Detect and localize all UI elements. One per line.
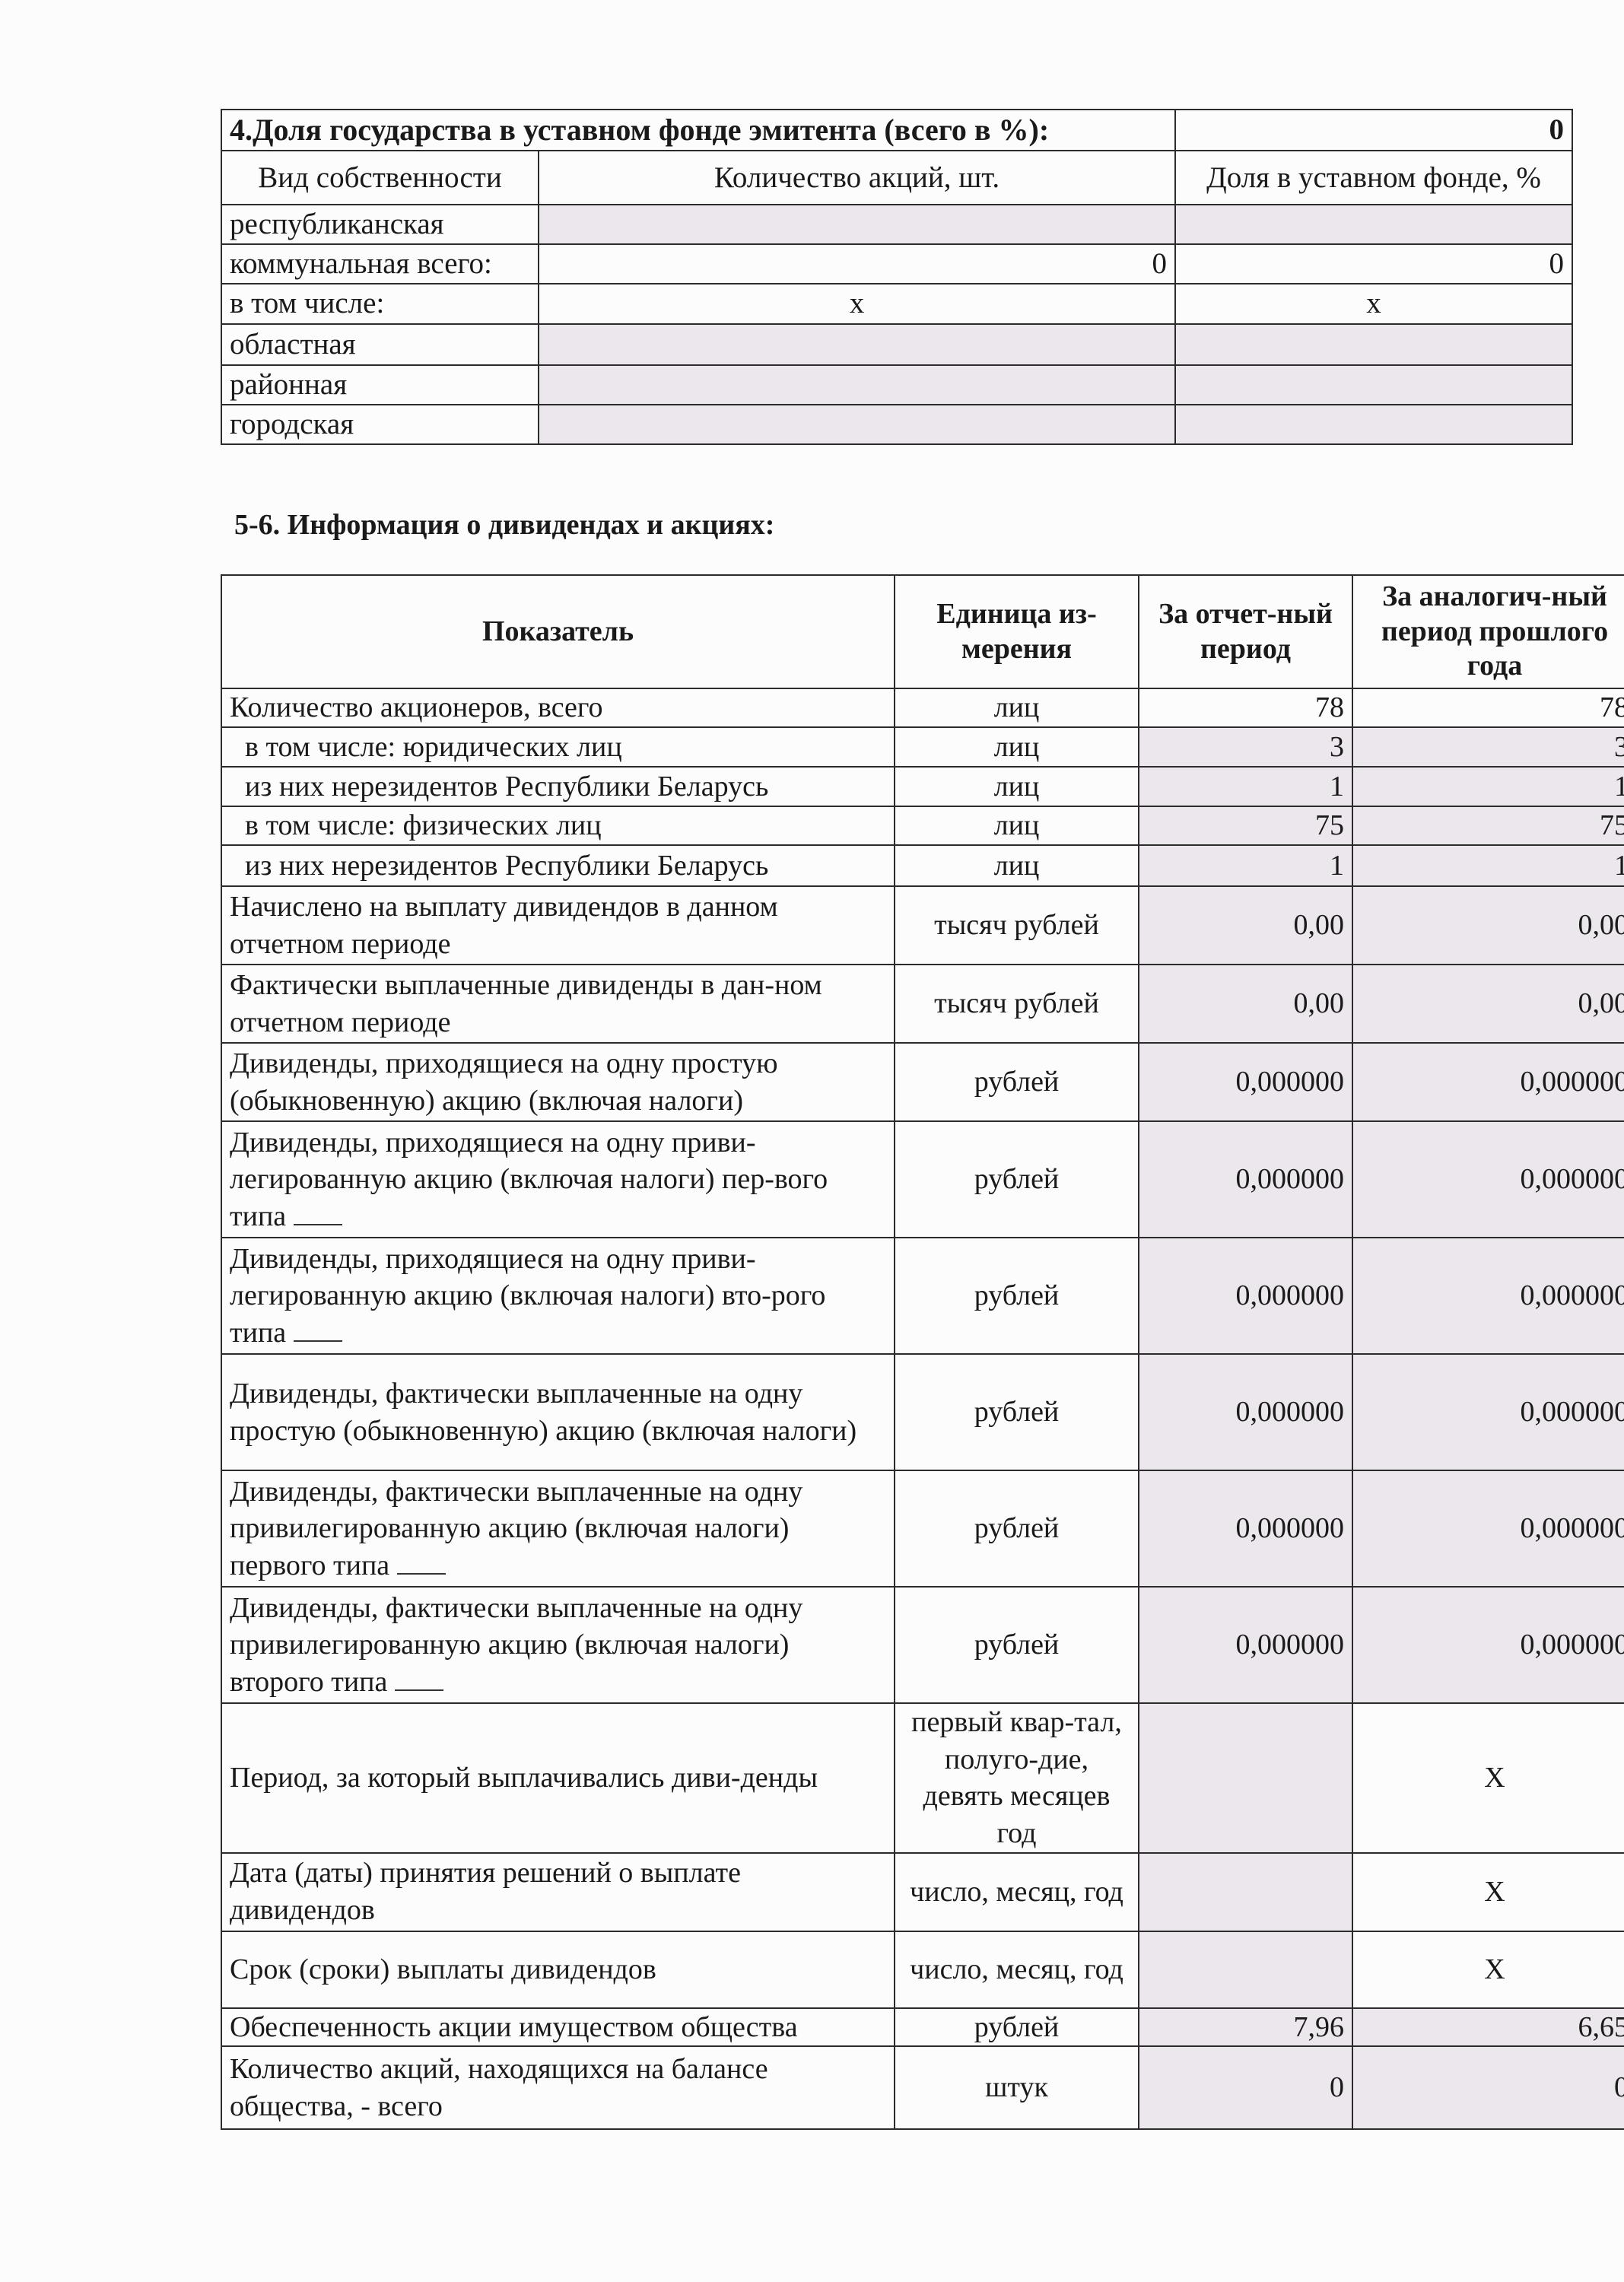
header-indicator: Показатель	[221, 575, 895, 688]
previous-period-value: 0	[1352, 2046, 1624, 2129]
indicator-cell: Срок (сроки) выплаты дивидендов	[221, 1931, 895, 2008]
table-row: Дата (даты) принятия решений о выплате д…	[221, 1853, 1624, 1931]
current-period-value: 0	[1139, 2046, 1352, 2129]
indicator-cell: Дивиденды, приходящиеся на одну простую …	[221, 1043, 895, 1121]
indicator-cell: в том числе: физических лиц	[221, 806, 895, 845]
indicator-label: Количество акционеров, всего	[230, 691, 603, 723]
shares-count: х	[539, 284, 1175, 324]
state-share-title-row: 4.Доля государства в уставном фонде эмит…	[221, 110, 1572, 151]
indicator-label: из них нерезидентов Республики Беларусь	[245, 850, 768, 882]
previous-period-value: 78	[1352, 688, 1624, 727]
state-share-title: 4.Доля государства в уставном фонде эмит…	[221, 110, 1175, 151]
header-share-percent: Доля в уставном фонде, %	[1175, 151, 1572, 205]
table-row: Дивиденды, фактически выплаченные на одн…	[221, 1587, 1624, 1703]
table-row: Обеспеченность акции имуществом общества…	[221, 2008, 1624, 2047]
table-row: Количество акций, находящихся на балансе…	[221, 2046, 1624, 2129]
unit-cell: рублей	[895, 1121, 1139, 1238]
previous-period-value: 0,000000	[1352, 1470, 1624, 1587]
previous-period-value: 0,000000	[1352, 1238, 1624, 1354]
state-share-table: 4.Доля государства в уставном фонде эмит…	[221, 109, 1573, 445]
current-period-value: 0,000000	[1139, 1470, 1352, 1587]
indicator-cell: Фактически выплаченные дивиденды в дан-н…	[221, 965, 895, 1043]
unit-cell: первый квар-тал, полуго-дие, девять меся…	[895, 1703, 1139, 1853]
indicator-label: Начислено на выплату дивидендов в данном…	[230, 891, 778, 960]
current-period-value: 3	[1139, 727, 1352, 767]
state-share-header-row: Вид собственности Количество акций, шт. …	[221, 151, 1572, 205]
current-period-value: 0,00	[1139, 965, 1352, 1043]
unit-cell: штук	[895, 2046, 1139, 2129]
header-unit: Единица из-мерения	[895, 575, 1139, 688]
ownership-type: в том числе:	[221, 284, 539, 324]
share-percent	[1175, 324, 1572, 365]
blank-underline	[294, 1340, 342, 1342]
blank-underline	[294, 1224, 342, 1225]
previous-period-value: 6,65	[1352, 2008, 1624, 2047]
header-previous-period: За аналогич-ный период прошлого года	[1352, 575, 1624, 688]
unit-cell: рублей	[895, 2008, 1139, 2047]
unit-cell: тысяч рублей	[895, 886, 1139, 965]
unit-cell: лиц	[895, 688, 1139, 727]
current-period-value: 1	[1139, 845, 1352, 886]
indicator-cell: Дивиденды, фактически выплаченные на одн…	[221, 1470, 895, 1587]
indicator-label: Дивиденды, фактически выплаченные на одн…	[230, 1378, 856, 1447]
ownership-type: областная	[221, 324, 539, 365]
state-share-total-value: 0	[1175, 110, 1572, 151]
previous-period-value: 0,00	[1352, 886, 1624, 965]
table-row: из них нерезидентов Республики Беларусьл…	[221, 767, 1624, 806]
table-row: Период, за который выплачивались диви-де…	[221, 1703, 1624, 1853]
previous-period-value: Х	[1352, 1703, 1624, 1853]
current-period-value: 7,96	[1139, 2008, 1352, 2047]
ownership-row: в том числе:хх	[221, 284, 1572, 324]
indicator-label: Дивиденды, фактически выплаченные на одн…	[230, 1476, 802, 1581]
indicator-label: Фактически выплаченные дивиденды в дан-н…	[230, 969, 822, 1038]
ownership-type: районная	[221, 365, 539, 405]
previous-period-value: 75	[1352, 806, 1624, 845]
indicator-label: в том числе: физических лиц	[245, 809, 602, 841]
indicator-label: Срок (сроки) выплаты дивидендов	[230, 1953, 656, 1985]
share-percent	[1175, 205, 1572, 244]
indicator-cell: в том числе: юридических лиц	[221, 727, 895, 767]
shares-count	[539, 324, 1175, 365]
unit-cell: рублей	[895, 1587, 1139, 1703]
blank-underline	[397, 1573, 446, 1575]
current-period-value: 0,000000	[1139, 1043, 1352, 1121]
ownership-row: республиканская	[221, 205, 1572, 244]
header-shares-count: Количество акций, шт.	[539, 151, 1175, 205]
current-period-value: 0,00	[1139, 886, 1352, 965]
shares-count: 0	[539, 244, 1175, 284]
previous-period-value: 0,000000	[1352, 1354, 1624, 1470]
indicator-label: Количество акций, находящихся на балансе…	[230, 2053, 768, 2122]
indicator-label: Дивиденды, приходящиеся на одну простую …	[230, 1047, 778, 1117]
shares-count	[539, 405, 1175, 444]
previous-period-value: 1	[1352, 767, 1624, 806]
table-row: Начислено на выплату дивидендов в данном…	[221, 886, 1624, 965]
unit-cell: лиц	[895, 727, 1139, 767]
current-period-value	[1139, 1931, 1352, 2008]
indicator-cell: из них нерезидентов Республики Беларусь	[221, 845, 895, 886]
unit-cell: рублей	[895, 1238, 1139, 1354]
shares-count	[539, 205, 1175, 244]
unit-cell: число, месяц, год	[895, 1853, 1139, 1931]
indicator-cell: Дивиденды, фактически выплаченные на одн…	[221, 1354, 895, 1470]
blank-underline	[395, 1689, 443, 1691]
ownership-row: районная	[221, 365, 1572, 405]
ownership-row: городская	[221, 405, 1572, 444]
table-row: в том числе: физических лицлиц7575	[221, 806, 1624, 845]
table-row: Срок (сроки) выплаты дивидендовчисло, ме…	[221, 1931, 1624, 2008]
previous-period-value: 0,00	[1352, 965, 1624, 1043]
indicator-label: Период, за который выплачивались диви-де…	[230, 1762, 818, 1794]
share-percent	[1175, 365, 1572, 405]
share-percent	[1175, 405, 1572, 444]
indicator-cell: Дивиденды, фактически выплаченные на одн…	[221, 1587, 895, 1703]
share-percent: х	[1175, 284, 1572, 324]
dividends-header-row: Показатель Единица из-мерения За отчет-н…	[221, 575, 1624, 688]
ownership-type: городская	[221, 405, 539, 444]
indicator-label: Дивиденды, фактически выплаченные на одн…	[230, 1592, 802, 1698]
indicator-cell: из них нерезидентов Республики Беларусь	[221, 767, 895, 806]
previous-period-value: 0,000000	[1352, 1121, 1624, 1238]
previous-period-value: Х	[1352, 1853, 1624, 1931]
table-row: Дивиденды, фактически выплаченные на одн…	[221, 1470, 1624, 1587]
share-percent: 0	[1175, 244, 1572, 284]
unit-cell: рублей	[895, 1470, 1139, 1587]
unit-cell: тысяч рублей	[895, 965, 1139, 1043]
unit-cell: лиц	[895, 806, 1139, 845]
table-row: в том числе: юридических лицлиц33	[221, 727, 1624, 767]
indicator-cell: Количество акций, находящихся на балансе…	[221, 2046, 895, 2129]
ownership-row: коммунальная всего:00	[221, 244, 1572, 284]
ownership-row: областная	[221, 324, 1572, 365]
indicator-cell: Дивиденды, приходящиеся на одну приви-ле…	[221, 1238, 895, 1354]
indicator-cell: Дата (даты) принятия решений о выплате д…	[221, 1853, 895, 1931]
current-period-value: 0,000000	[1139, 1354, 1352, 1470]
current-period-value	[1139, 1703, 1352, 1853]
unit-cell: лиц	[895, 845, 1139, 886]
current-period-value	[1139, 1853, 1352, 1931]
unit-cell: рублей	[895, 1354, 1139, 1470]
previous-period-value: 0,000000	[1352, 1587, 1624, 1703]
table-row: Дивиденды, приходящиеся на одну приви-ле…	[221, 1238, 1624, 1354]
indicator-cell: Начислено на выплату дивидендов в данном…	[221, 886, 895, 965]
previous-period-value: 3	[1352, 727, 1624, 767]
dividends-table: Показатель Единица из-мерения За отчет-н…	[221, 574, 1624, 2130]
current-period-value: 0,000000	[1139, 1238, 1352, 1354]
unit-cell: лиц	[895, 767, 1139, 806]
unit-cell: рублей	[895, 1043, 1139, 1121]
section-title-dividends: 5-6. Информация о дивидендах и акциях:	[234, 508, 774, 542]
previous-period-value: 0,000000	[1352, 1043, 1624, 1121]
current-period-value: 0,000000	[1139, 1587, 1352, 1703]
indicator-label: в том числе: юридических лиц	[245, 731, 622, 763]
indicator-cell: Дивиденды, приходящиеся на одну приви-ле…	[221, 1121, 895, 1238]
indicator-cell: Период, за который выплачивались диви-де…	[221, 1703, 895, 1853]
shares-count	[539, 365, 1175, 405]
indicator-label: Дивиденды, приходящиеся на одну приви-ле…	[230, 1127, 828, 1232]
table-row: Количество акционеров, всеголиц7878	[221, 688, 1624, 727]
ownership-type: республиканская	[221, 205, 539, 244]
table-row: Фактически выплаченные дивиденды в дан-н…	[221, 965, 1624, 1043]
current-period-value: 1	[1139, 767, 1352, 806]
indicator-cell: Обеспеченность акции имуществом общества	[221, 2008, 895, 2047]
previous-period-value: 1	[1352, 845, 1624, 886]
ownership-type: коммунальная всего:	[221, 244, 539, 284]
indicator-label: Обеспеченность акции имуществом общества	[230, 2011, 798, 2043]
table-row: Дивиденды, приходящиеся на одну приви-ле…	[221, 1121, 1624, 1238]
current-period-value: 78	[1139, 688, 1352, 727]
indicator-label: Дивиденды, приходящиеся на одну приви-ле…	[230, 1243, 825, 1349]
table-row: Дивиденды, фактически выплаченные на одн…	[221, 1354, 1624, 1470]
table-row: Дивиденды, приходящиеся на одну простую …	[221, 1043, 1624, 1121]
header-current-period: За отчет-ный период	[1139, 575, 1352, 688]
current-period-value: 0,000000	[1139, 1121, 1352, 1238]
indicator-label: Дата (даты) принятия решений о выплате д…	[230, 1857, 741, 1926]
previous-period-value: Х	[1352, 1931, 1624, 2008]
header-ownership-type: Вид собственности	[221, 151, 539, 205]
current-period-value: 75	[1139, 806, 1352, 845]
indicator-cell: Количество акционеров, всего	[221, 688, 895, 727]
unit-cell: число, месяц, год	[895, 1931, 1139, 2008]
table-row: из них нерезидентов Республики Беларусьл…	[221, 845, 1624, 886]
indicator-label: из них нерезидентов Республики Беларусь	[245, 771, 768, 803]
